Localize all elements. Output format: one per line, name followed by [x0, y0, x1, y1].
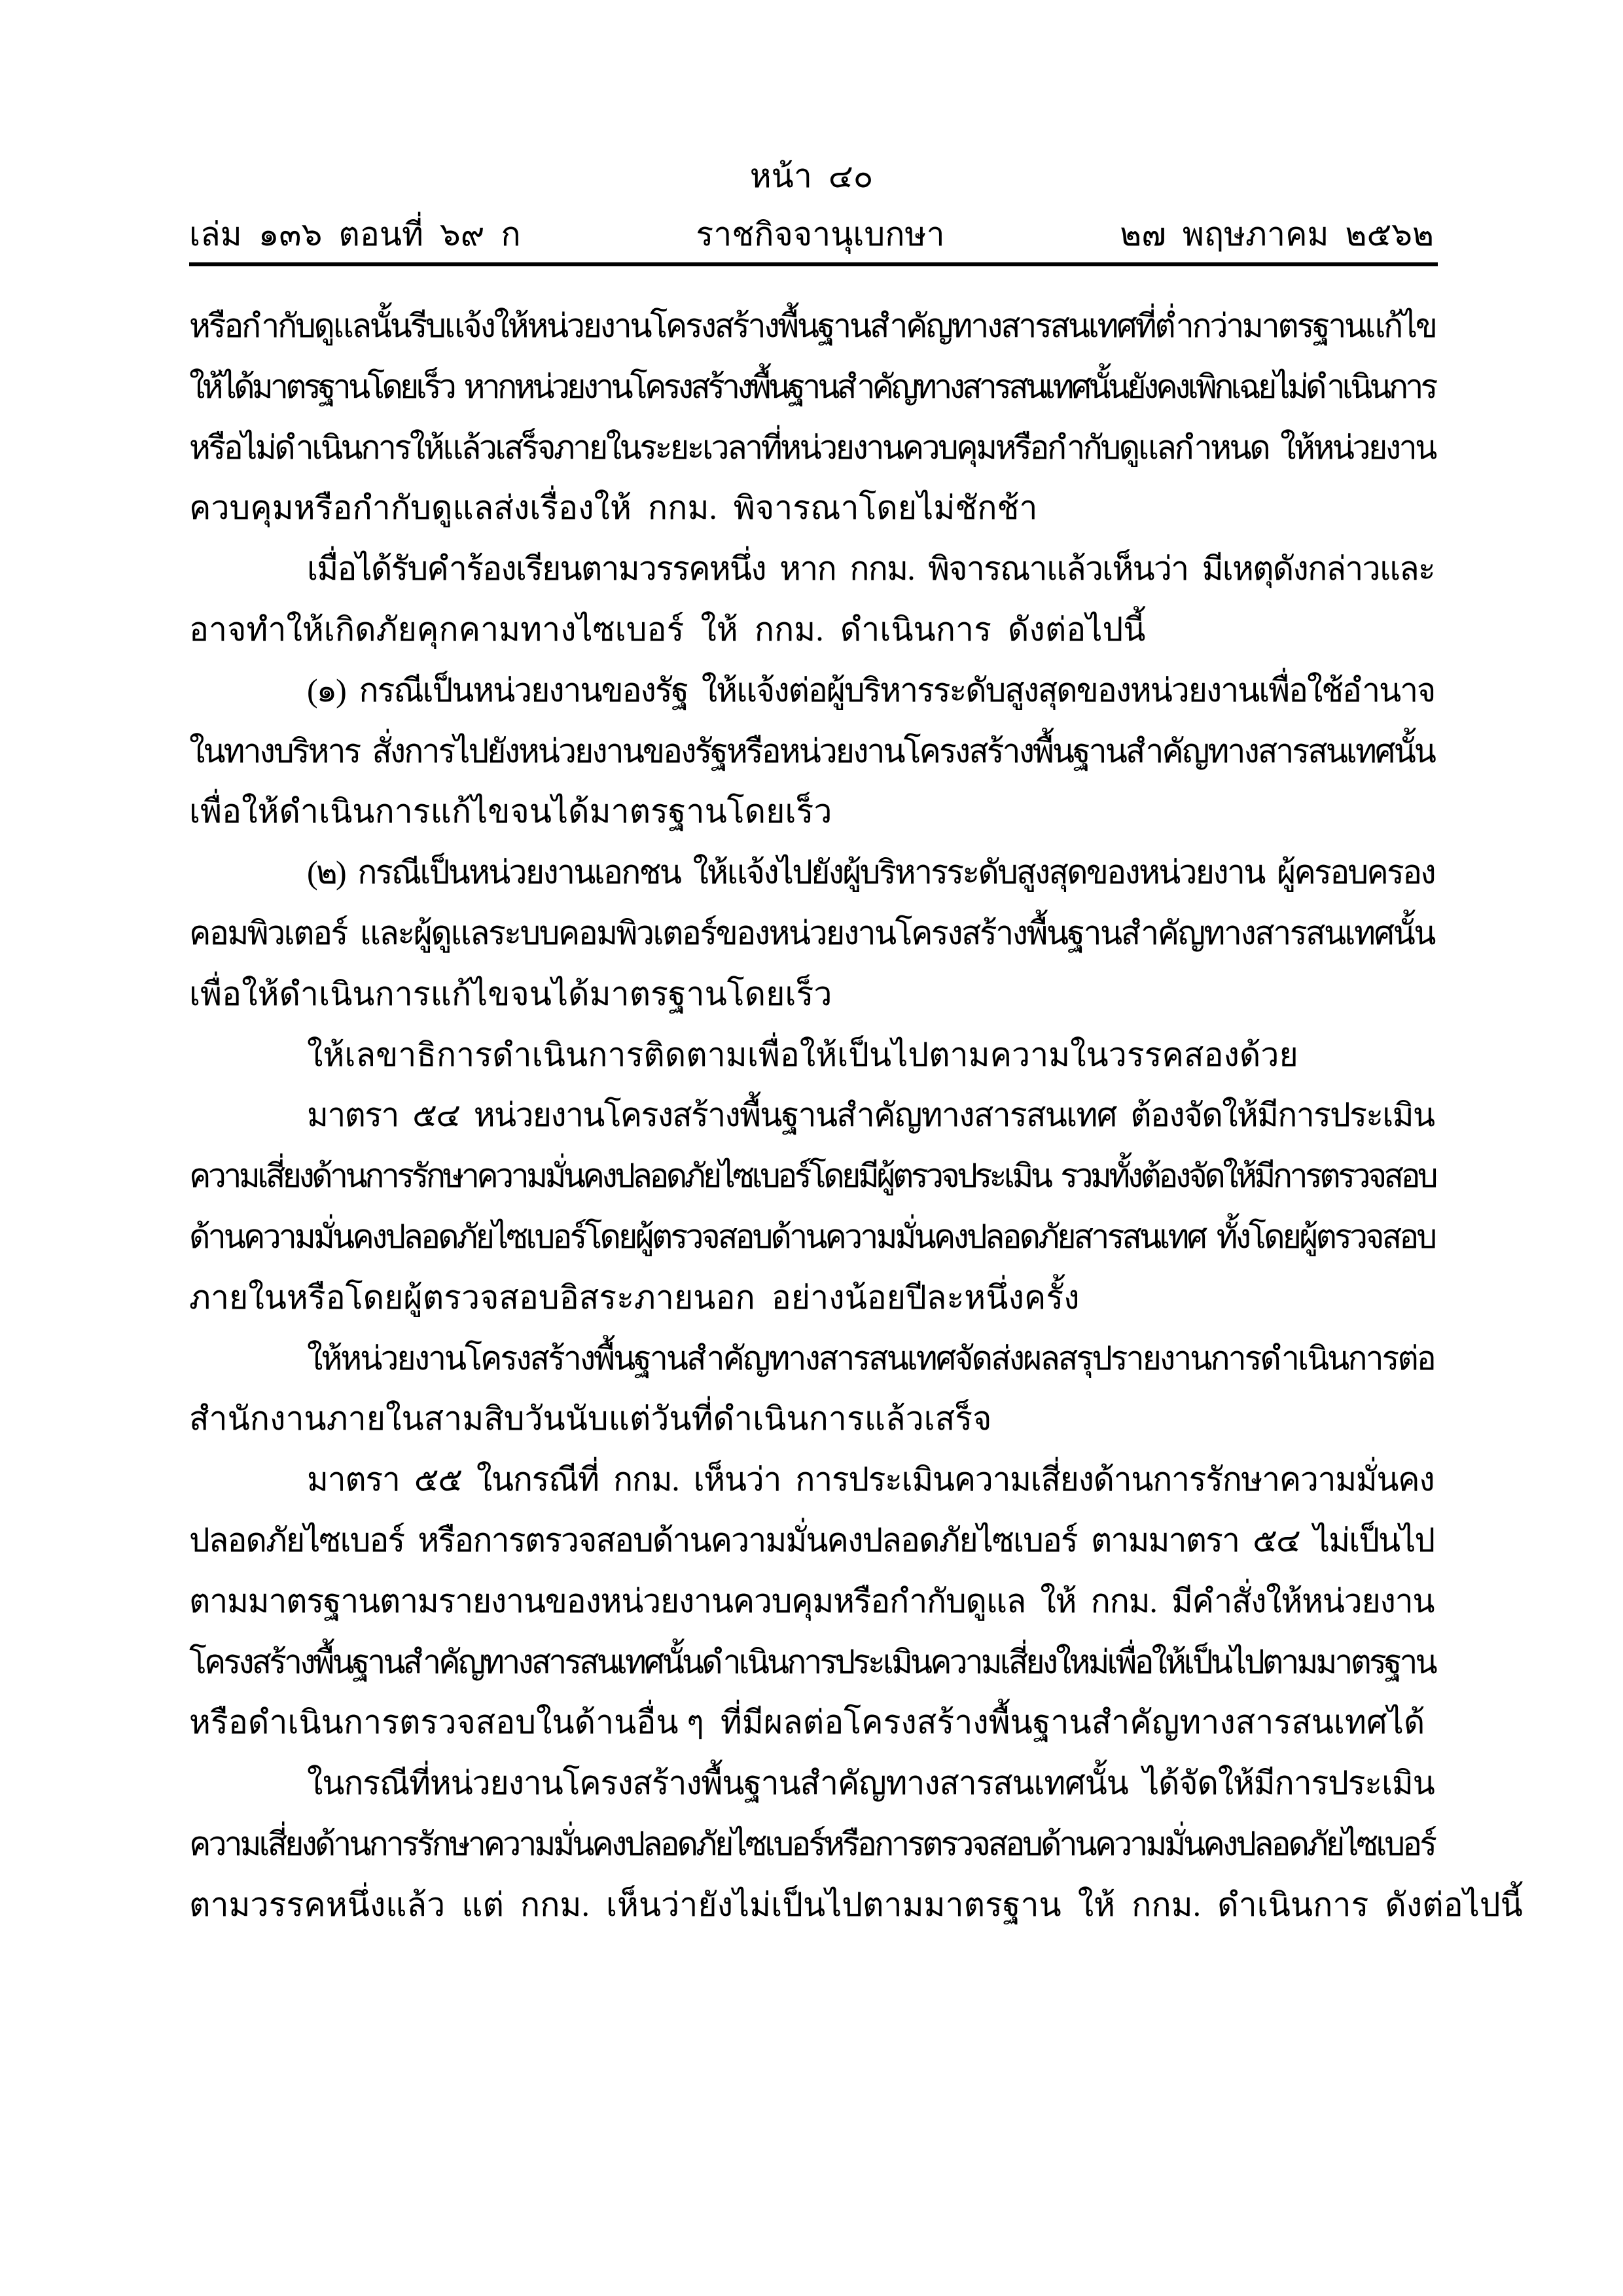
body-line: สำนักงานภายในสามสิบวันนับแต่วันที่ดำเนิน…: [189, 1388, 1434, 1449]
body-line: ภายในหรือโดยผู้ตรวจสอบอิสระภายนอก อย่างน…: [189, 1267, 1434, 1328]
body-line-text: ตามวรรคหนึ่งแล้ว แต่ กกม. เห็นว่ายังไม่เ…: [189, 1875, 1523, 1935]
body-line-text: ตามมาตรฐานตามรายงานของหน่วยงานควบคุมหรือ…: [189, 1571, 1434, 1632]
body-line: ในทางบริหาร สั่งการไปยังหน่วยงานของรัฐหร…: [189, 721, 1434, 782]
body-line: โครงสร้างพื้นฐานสำคัญทางสารสนเทศนั้นดำเน…: [189, 1632, 1434, 1693]
body-line: ความเสี่ยงด้านการรักษาความมั่นคงปลอดภัยไ…: [189, 1146, 1434, 1207]
body-line-text: อาจทำให้เกิดภัยคุกคามทางไซเบอร์ ให้ กกม.…: [189, 599, 1145, 660]
publication-date: ๒๗ พฤษภาคม ๒๕๖๒: [1120, 213, 1434, 255]
body-line-text: ความเสี่ยงด้านการรักษาความมั่นคงปลอดภัยไ…: [189, 1146, 1435, 1207]
body-line-text: ในทางบริหาร สั่งการไปยังหน่วยงานของรัฐหร…: [189, 721, 1435, 782]
body-line: มาตรา ๕๕ ในกรณีที่ กกม. เห็นว่า การประเม…: [189, 1449, 1434, 1510]
body-line-text: หรือไม่ดำเนินการให้แล้วเสร็จภายในระยะเวล…: [189, 417, 1435, 478]
body-line: มาตรา ๕๔ หน่วยงานโครงสร้างพื้นฐานสำคัญทา…: [189, 1085, 1434, 1146]
body-line: เมื่อได้รับคำร้องเรียนตามวรรคหนึ่ง หาก ก…: [189, 539, 1434, 599]
body-line: ควบคุมหรือกำกับดูแลส่งเรื่องให้ กกม. พิจ…: [189, 478, 1434, 539]
page-number-label: หน้า ๔๐: [189, 156, 1434, 196]
body-line-text: ในกรณีที่หน่วยงานโครงสร้างพื้นฐานสำคัญทา…: [307, 1753, 1435, 1814]
body-line: ให้หน่วยงานโครงสร้างพื้นฐานสำคัญทางสารสน…: [189, 1328, 1434, 1389]
body-line: อาจทำให้เกิดภัยคุกคามทางไซเบอร์ ให้ กกม.…: [189, 599, 1434, 660]
body-line: ปลอดภัยไซเบอร์ หรือการตรวจสอบด้านความมั่…: [189, 1510, 1434, 1571]
body-line: หรือไม่ดำเนินการให้แล้วเสร็จภายในระยะเวล…: [189, 417, 1434, 478]
body-line-text: ความเสี่ยงด้านการรักษาความมั่นคงปลอดภัยไ…: [189, 1814, 1435, 1875]
body-line-text: เพื่อให้ดำเนินการแก้ไขจนได้มาตรฐานโดยเร็…: [189, 964, 832, 1025]
body-line: ตามวรรคหนึ่งแล้ว แต่ กกม. เห็นว่ายังไม่เ…: [189, 1875, 1434, 1935]
body-line: (๒) กรณีเป็นหน่วยงานเอกชน ให้แจ้งไปยังผู…: [189, 842, 1434, 903]
body-line-text: ปลอดภัยไซเบอร์ หรือการตรวจสอบด้านความมั่…: [189, 1510, 1434, 1571]
body-line: ตามมาตรฐานตามรายงานของหน่วยงานควบคุมหรือ…: [189, 1571, 1434, 1632]
body-text: หรือกำกับดูแลนั้นรีบแจ้งให้หน่วยงานโครงส…: [189, 296, 1434, 1935]
body-line-text: คอมพิวเตอร์ และผู้ดูแลระบบคอมพิวเตอร์ของ…: [189, 903, 1435, 964]
body-line-text: เมื่อได้รับคำร้องเรียนตามวรรคหนึ่ง หาก ก…: [307, 539, 1435, 599]
body-line: คอมพิวเตอร์ และผู้ดูแลระบบคอมพิวเตอร์ของ…: [189, 903, 1434, 964]
body-line-text: ควบคุมหรือกำกับดูแลส่งเรื่องให้ กกม. พิจ…: [189, 478, 1038, 539]
body-line-text: (๒) กรณีเป็นหน่วยงานเอกชน ให้แจ้งไปยังผู…: [307, 842, 1435, 903]
body-line-text: ให้เลขาธิการดำเนินการติดตามเพื่อให้เป็นไ…: [307, 1025, 1298, 1086]
gazette-page: หน้า ๔๐ เล่ม ๑๓๖ ตอนที่ ๖๙ ก ราชกิจจานุเ…: [0, 0, 1623, 2296]
body-line: ความเสี่ยงด้านการรักษาความมั่นคงปลอดภัยไ…: [189, 1814, 1434, 1875]
body-line-text: ให้หน่วยงานโครงสร้างพื้นฐานสำคัญทางสารสน…: [307, 1328, 1435, 1389]
body-line-text: (๑) กรณีเป็นหน่วยงานของรัฐ ให้แจ้งต่อผู้…: [307, 660, 1435, 721]
body-line: ให้เลขาธิการดำเนินการติดตามเพื่อให้เป็นไ…: [189, 1025, 1434, 1086]
body-line-text: โครงสร้างพื้นฐานสำคัญทางสารสนเทศนั้นดำเน…: [189, 1632, 1435, 1693]
body-line-text: หรือกำกับดูแลนั้นรีบแจ้งให้หน่วยงานโครงส…: [189, 296, 1436, 357]
body-line: เพื่อให้ดำเนินการแก้ไขจนได้มาตรฐานโดยเร็…: [189, 781, 1434, 842]
gazette-title: ราชกิจจานุเบกษา: [696, 213, 944, 255]
body-line-text: ด้านความมั่นคงปลอดภัยไซเบอร์โดยผู้ตรวจสอ…: [189, 1207, 1435, 1267]
body-line-text: ให้ได้มาตรฐานโดยเร็ว หากหน่วยงานโครงสร้า…: [189, 357, 1435, 417]
body-line-text: เพื่อให้ดำเนินการแก้ไขจนได้มาตรฐานโดยเร็…: [189, 781, 832, 842]
header-rule: [189, 262, 1438, 266]
volume-issue-label: เล่ม ๑๓๖ ตอนที่ ๖๙ ก: [189, 213, 521, 255]
header-row: เล่ม ๑๓๖ ตอนที่ ๖๙ ก ราชกิจจานุเบกษา ๒๗ …: [189, 213, 1434, 255]
body-line: หรือกำกับดูแลนั้นรีบแจ้งให้หน่วยงานโครงส…: [189, 296, 1434, 357]
body-line-text: มาตรา ๕๕ ในกรณีที่ กกม. เห็นว่า การประเม…: [307, 1449, 1434, 1510]
body-line-text: มาตรา ๕๔ หน่วยงานโครงสร้างพื้นฐานสำคัญทา…: [307, 1085, 1434, 1146]
body-line: ให้ได้มาตรฐานโดยเร็ว หากหน่วยงานโครงสร้า…: [189, 357, 1434, 417]
body-line-text: สำนักงานภายในสามสิบวันนับแต่วันที่ดำเนิน…: [189, 1388, 991, 1449]
body-line-text: หรือดำเนินการตรวจสอบในด้านอื่น ๆ ที่มีผล…: [189, 1692, 1425, 1753]
body-line: ด้านความมั่นคงปลอดภัยไซเบอร์โดยผู้ตรวจสอ…: [189, 1207, 1434, 1267]
body-line: เพื่อให้ดำเนินการแก้ไขจนได้มาตรฐานโดยเร็…: [189, 964, 1434, 1025]
body-line: หรือดำเนินการตรวจสอบในด้านอื่น ๆ ที่มีผล…: [189, 1692, 1434, 1753]
body-line: (๑) กรณีเป็นหน่วยงานของรัฐ ให้แจ้งต่อผู้…: [189, 660, 1434, 721]
body-line-text: ภายในหรือโดยผู้ตรวจสอบอิสระภายนอก อย่างน…: [189, 1267, 1080, 1328]
body-line: ในกรณีที่หน่วยงานโครงสร้างพื้นฐานสำคัญทา…: [189, 1753, 1434, 1814]
